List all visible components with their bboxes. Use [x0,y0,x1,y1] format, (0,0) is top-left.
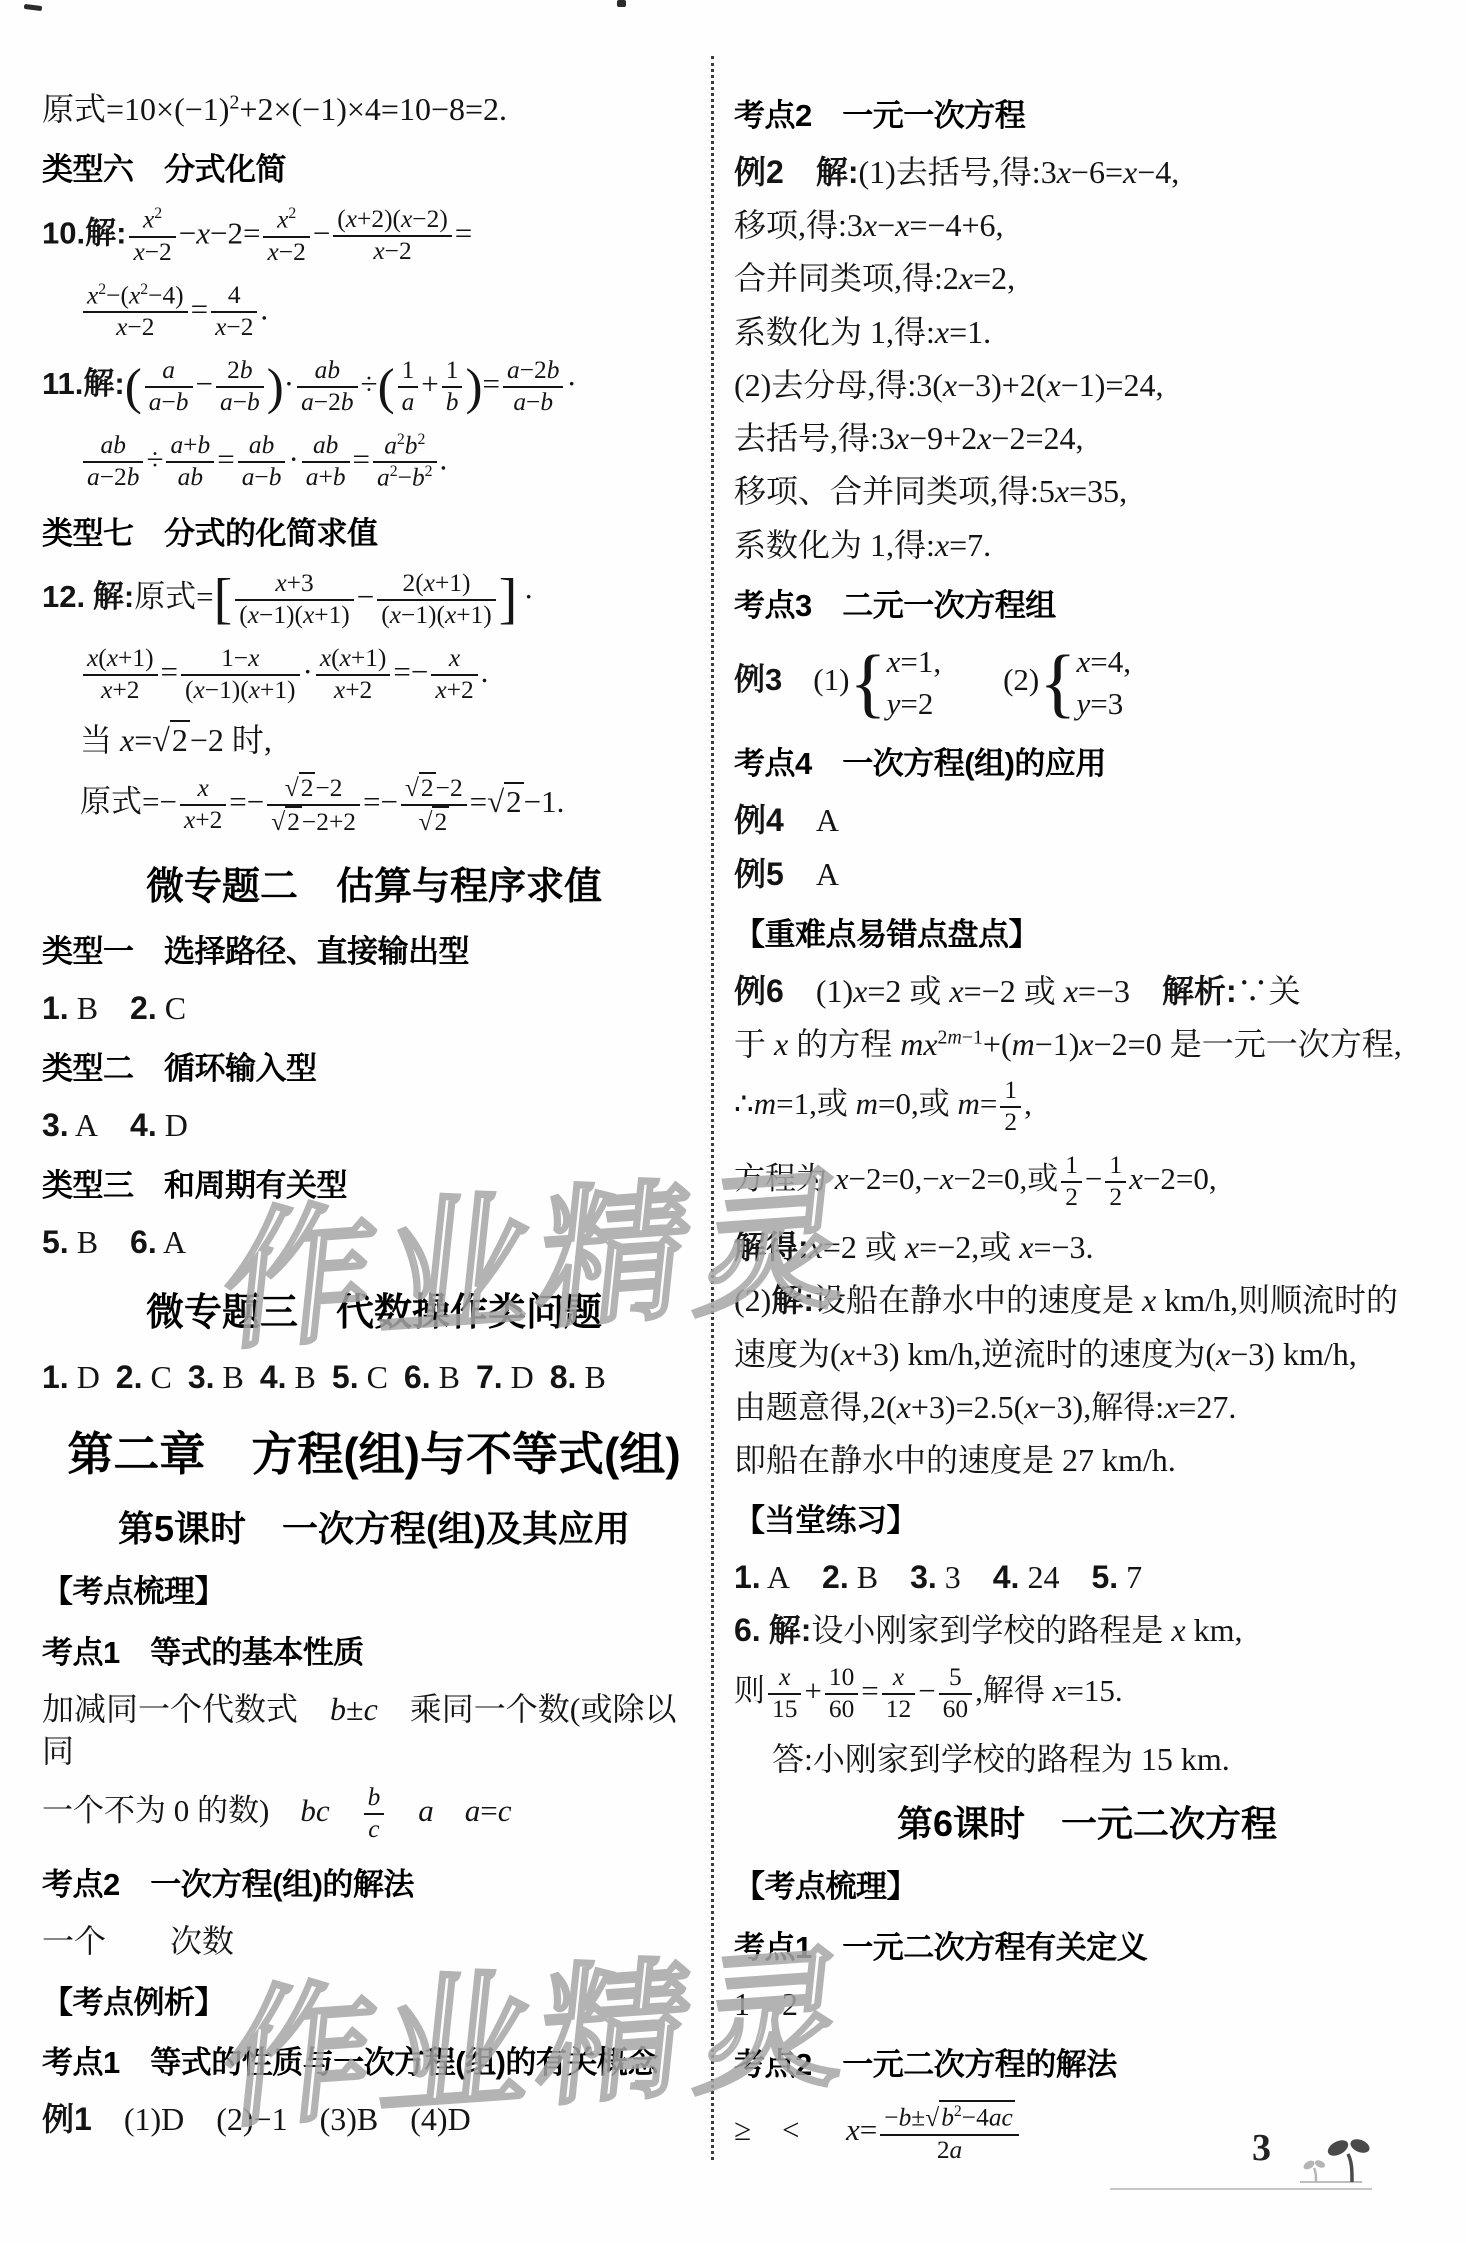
text-line: 1. D 2. C 3. B 4. B 5. C 6. B 7. D 8. B [42,1356,706,1398]
text-line: 系数化为 1,得:x=7. [734,524,1440,566]
text-line: 移项,得:3x−x=−4+6, [734,204,1440,246]
text-line: 考点1 一元二次方程有关定义 [734,1928,1440,1969]
text-line: 系数化为 1,得:x=1. [734,311,1440,353]
text-line: 【考点例析】 [42,1983,706,2024]
text-line: 当 x=2−2 时, [42,719,706,761]
text-line: 考点2 一元一次方程 [734,96,1440,137]
text-line: 则x15+1060=x12−560,解得 x=15. [734,1663,1440,1725]
text-line: 12. 解:原式=[x+3(x−1)(x+1)−2(x+1)(x−1)(x+1)… [42,569,706,631]
text-line: 合并同类项,得:2x=2, [734,257,1440,299]
text-line: 原式=−xx+2=−2−22−2+2=−2−22=2−1. [42,772,706,838]
text-line: 考点2 一次方程(组)的解法 [42,1865,706,1906]
text-line: 类型六 分式化简 [42,150,706,191]
text-line: 例5 A [734,853,1440,895]
text-line: 10.解:x2x−2−x−2=x2x−2−(x+2)(x−2)x−2= [42,205,706,267]
text-line: 即船在静水中的速度是 27 km/h. [734,1439,1440,1481]
text-line: 例4 A [734,799,1440,841]
text-line: 3. A 4. D [42,1104,706,1146]
text-line: 5. B 6. A [42,1221,706,1263]
text-line: 答:小刚家到学校的路程为 15 km. [734,1738,1440,1780]
text-line: 【重难点易错点盘点】 [734,915,1440,956]
text-line: 类型二 循环输入型 [42,1049,706,1090]
text-line: 例1 (1)D (2)−1 (3)B (4)D [42,2098,706,2140]
text-line: 考点2 一元二次方程的解法 [734,2045,1440,2086]
text-line: ∴m=1,或 m=0,或 m=12, [734,1076,1440,1138]
text-line: x(x+1)x+2=1−x(x−1)(x+1)·x(x+1)x+2=−xx+2. [42,644,706,706]
text-line: 类型七 分式的化简求值 [42,514,706,555]
text-line: 考点3 二元一次方程组 [734,586,1440,627]
text-line: 【考点梳理】 [734,1867,1440,1908]
sprout-icon [1298,2118,1372,2195]
text-line: 6. 解:设小刚家到学校的路程是 x km, [734,1609,1440,1651]
text-line: 微专题三 代数操作类问题 [42,1288,706,1338]
text-line: 加减同一个代数式 b±c 乘同一个数(或除以同 [42,1688,706,1772]
text-line: 考点4 一次方程(组)的应用 [734,744,1440,785]
text-line: 移项、合并同类项,得:5x=35, [734,470,1440,512]
text-line: (2)去分母,得:3(x−3)+2(x−1)=24, [734,364,1440,406]
text-line: (2)解:设船在静水中的速度是 x km/h,则顺流时的 [734,1279,1440,1321]
text-line: 【考点梳理】 [42,1572,706,1613]
text-line: 第5课时 一次方程(组)及其应用 [42,1505,706,1553]
text-line: 去括号,得:3x−9+2x−2=24, [734,417,1440,459]
text-line: 考点1 等式的性质与一次方程(组)的有关概念 [42,2043,706,2084]
column-divider [711,56,714,2160]
text-line: 第6课时 一元二次方程 [734,1800,1440,1848]
text-line: 类型三 和周期有关型 [42,1166,706,1207]
text-line: 例6 (1)x=2 或 x=−2 或 x=−3 解析:∵关 [734,970,1440,1012]
text-line: 1 2 [734,1983,1440,2025]
text-line: 解得:x=2 或 x=−2,或 x=−3. [734,1226,1440,1268]
text-line: 【当堂练习】 [734,1501,1440,1542]
scan-artifact [24,4,42,11]
text-line: 考点1 等式的基本性质 [42,1633,706,1674]
page-number: 3 [1252,2126,1271,2170]
text-line: 微专题二 估算与程序求值 [42,862,706,912]
workbook-answer-page: 作业精灵 作业精灵 原式=10×(−1)2+2×(−1)×4=10−8=2.类型… [0,0,1466,2243]
text-line: 一个不为 0 的数) bc bc a a=c [42,1783,706,1845]
text-line: 例3 (1){x=1,y=2 (2){x=4,y=3 [734,641,1440,725]
right-column: 考点2 一元一次方程例2 解:(1)去括号,得:3x−6=x−4,移项,得:3x… [734,96,1440,2179]
text-line: 1. B 2. C [42,987,706,1029]
text-line: 例2 解:(1)去括号,得:3x−6=x−4, [734,151,1440,193]
text-line: 类型一 选择路径、直接输出型 [42,932,706,973]
text-line: 1. A 2. B 3. 3 4. 24 5. 7 [734,1556,1440,1598]
text-line: 第二章 方程(组)与不等式(组) [42,1424,706,1485]
text-line: 由题意得,2(x+3)=2.5(x−3),解得:x=27. [734,1386,1440,1428]
text-line: 方程为 x−2=0,−x−2=0,或12−12x−2=0, [734,1151,1440,1213]
text-line: 11.解:(aa−b−2ba−b)·aba−2b÷(1a+1b)=a−2ba−b… [42,356,706,418]
text-line: 速度为(x+3) km/h,逆流时的速度为(x−3) km/h, [734,1333,1440,1375]
text-line: x2−(x2−4)x−2=4x−2. [42,281,706,343]
text-line: 原式=10×(−1)2+2×(−1)×4=10−8=2. [42,88,706,130]
text-line: 一个 次数 [42,1920,706,1962]
text-line: 于 x 的方程 mx2m−1+(m−1)x−2=0 是一元一次方程, [734,1023,1440,1065]
text-line: aba−2b÷a+bab=aba−b·aba+b=a2b2a2−b2. [42,431,706,494]
left-column: 原式=10×(−1)2+2×(−1)×4=10−8=2.类型六 分式化简10.解… [42,88,706,2152]
scan-artifact [617,0,626,7]
